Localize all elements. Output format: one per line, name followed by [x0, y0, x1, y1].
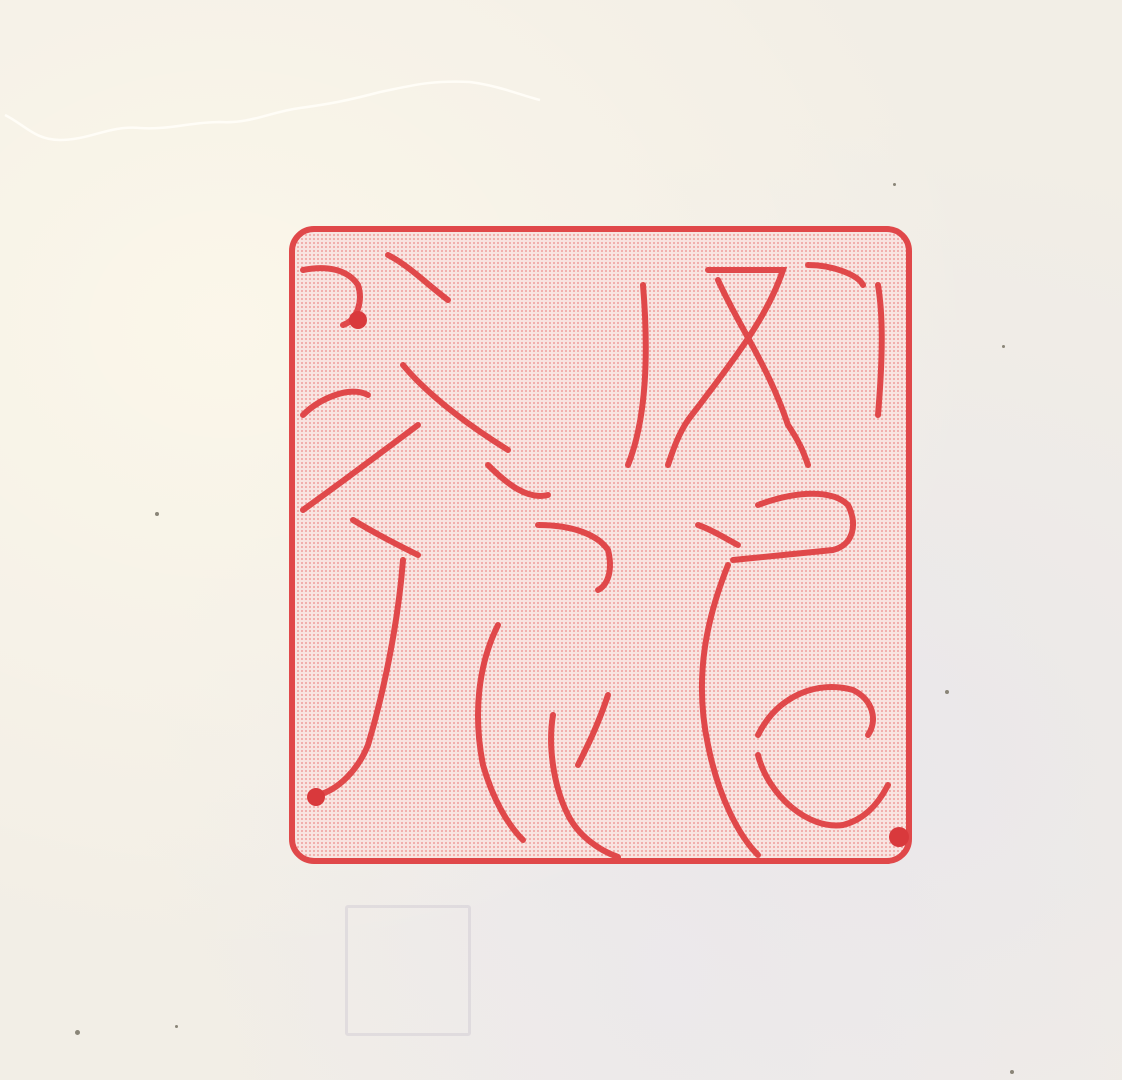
seal-glyphs	[288, 225, 913, 865]
paper-speck	[893, 183, 896, 186]
paper-speck	[945, 690, 949, 694]
paper-crease	[0, 0, 1122, 200]
seal-impression	[288, 225, 913, 865]
paper-speck	[175, 1025, 178, 1028]
paper-speck	[1010, 1070, 1014, 1074]
reverse-side-show-through	[345, 905, 471, 1036]
paper-speck	[1002, 345, 1005, 348]
paper-speck	[155, 512, 159, 516]
paper-speck	[75, 1030, 80, 1035]
